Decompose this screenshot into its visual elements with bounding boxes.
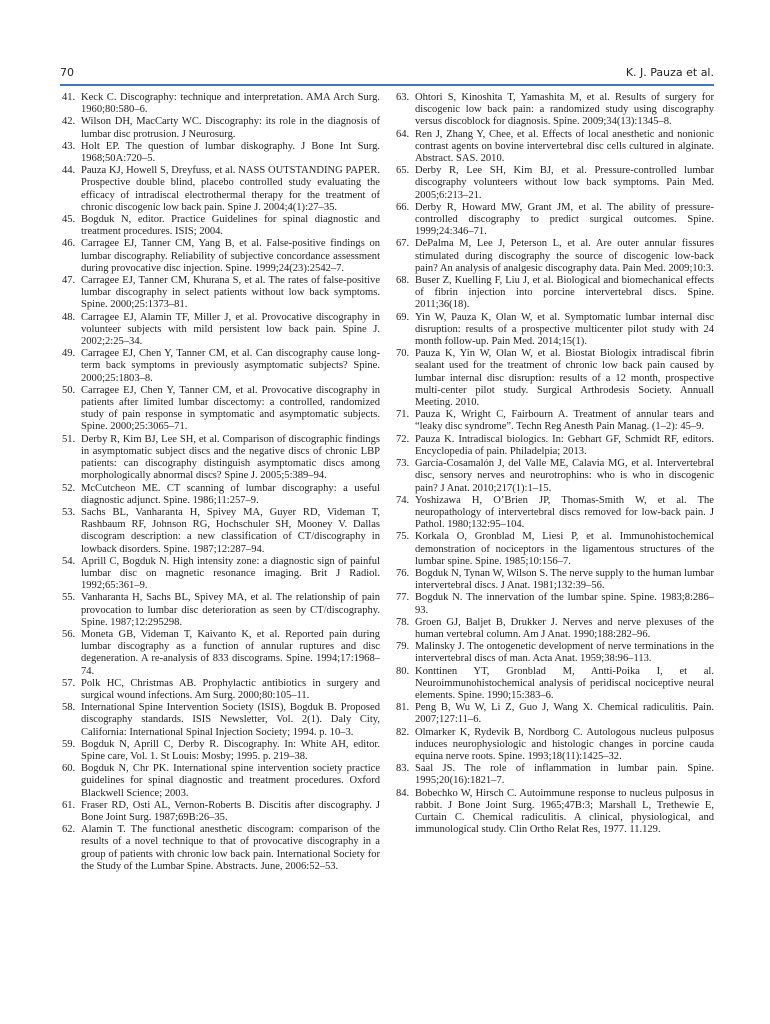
reference-text: Malinsky J. The ontogenetic development …: [415, 641, 714, 664]
reference-number: 52.: [62, 483, 75, 495]
reference-text: Buser Z, Kuelling F, Liu J, et al. Biolo…: [415, 275, 714, 310]
reference-number: 78.: [396, 617, 409, 629]
reference-number: 65.: [396, 165, 409, 177]
reference-item: 72.Pauza K. Intradiscal biologics. In: G…: [396, 434, 714, 458]
reference-text: Yoshizawa H, O’Brien JP, Thomas-Smith W,…: [415, 495, 714, 530]
reference-number: 71.: [396, 409, 409, 421]
reference-number: 42.: [62, 116, 75, 128]
reference-text: DePalma M, Lee J, Peterson L, et al. Are…: [415, 238, 714, 273]
reference-text: Bobechko W, Hirsch C. Autoimmune respons…: [415, 788, 714, 836]
reference-number: 80.: [396, 666, 409, 678]
reference-item: 53.Sachs BL, Vanharanta H, Spivey MA, Gu…: [62, 507, 380, 556]
reference-text: Carragee EJ, Tanner CM, Khurana S, et al…: [81, 275, 380, 310]
reference-text: Carragee EJ, Tanner CM, Yang B, et al. F…: [81, 238, 380, 273]
reference-text: Holt EP. The question of lumbar diskogra…: [81, 141, 380, 164]
reference-number: 84.: [396, 788, 409, 800]
reference-text: Pauza KJ, Howell S, Dreyfuss, et al. NAS…: [81, 165, 380, 213]
reference-number: 70.: [396, 348, 409, 360]
reference-number: 68.: [396, 275, 409, 287]
reference-text: Olmarker K, Rydevik B, Nordborg C. Autol…: [415, 727, 714, 762]
reference-text: Groen GJ, Baljet B, Drukker J. Nerves an…: [415, 617, 714, 640]
reference-item: 79.Malinsky J. The ontogenetic developme…: [396, 641, 714, 665]
reference-number: 81.: [396, 702, 409, 714]
reference-number: 55.: [62, 592, 75, 604]
reference-text: Derby R, Kim BJ, Lee SH, et al. Comparis…: [81, 434, 380, 482]
reference-text: Bogduk N, Tynan W, Wilson S. The nerve s…: [415, 568, 714, 591]
reference-item: 48.Carragee EJ, Alamin TF, Miller J, et …: [62, 312, 380, 349]
reference-number: 67.: [396, 238, 409, 250]
reference-text: Carragee EJ, Alamin TF, Miller J, et al.…: [81, 312, 380, 347]
header-rule: [60, 84, 714, 86]
reference-number: 58.: [62, 702, 75, 714]
reference-item: 78.Groen GJ, Baljet B, Drukker J. Nerves…: [396, 617, 714, 641]
reference-text: Pauza K, Wright C, Fairbourn A. Treatmen…: [415, 409, 714, 432]
reference-number: 49.: [62, 348, 75, 360]
reference-text: Korkala O, Gronblad M, Liesi P, et al. I…: [415, 531, 714, 566]
reference-number: 41.: [62, 92, 75, 104]
reference-item: 75.Korkala O, Gronblad M, Liesi P, et al…: [396, 531, 714, 568]
reference-number: 48.: [62, 312, 75, 324]
reference-item: 83.Saal JS. The role of inflammation in …: [396, 763, 714, 787]
reference-text: Yin W, Pauza K, Olan W, et al. Symptomat…: [415, 312, 714, 347]
reference-item: 74.Yoshizawa H, O’Brien JP, Thomas-Smith…: [396, 495, 714, 532]
reference-number: 44.: [62, 165, 75, 177]
reference-text: Vanharanta H, Sachs BL, Spivey MA, et al…: [81, 592, 380, 627]
reference-number: 54.: [62, 556, 75, 568]
reference-item: 62.Alamin T. The functional anesthetic d…: [62, 824, 380, 873]
reference-item: 49.Carragee EJ, Chen Y, Tanner CM, et al…: [62, 348, 380, 385]
reference-number: 56.: [62, 629, 75, 641]
reference-text: Bogduk N. The innervation of the lumbar …: [415, 592, 714, 615]
reference-number: 64.: [396, 129, 409, 141]
reference-item: 45.Bogduk N, editor. Practice Guidelines…: [62, 214, 380, 238]
reference-number: 57.: [62, 678, 75, 690]
reference-number: 62.: [62, 824, 75, 836]
reference-text: Derby R, Lee SH, Kim BJ, et al. Pressure…: [415, 165, 714, 200]
reference-number: 83.: [396, 763, 409, 775]
reference-item: 41.Keck C. Discography: technique and in…: [62, 92, 380, 116]
reference-number: 73.: [396, 458, 409, 470]
reference-number: 50.: [62, 385, 75, 397]
reference-item: 50.Carragee EJ, Chen Y, Tanner CM, et al…: [62, 385, 380, 434]
reference-item: 80.Konttinen YT, Gronblad M, Antti-Poika…: [396, 666, 714, 703]
running-head: K. J. Pauza et al.: [626, 66, 714, 79]
reference-item: 59.Bogduk N, Aprill C, Derby R. Discogra…: [62, 739, 380, 763]
reference-item: 82.Olmarker K, Rydevik B, Nordborg C. Au…: [396, 727, 714, 764]
reference-item: 47.Carragee EJ, Tanner CM, Khurana S, et…: [62, 275, 380, 312]
reference-text: Bogduk N, Chr PK. International spine in…: [81, 763, 380, 798]
reference-text: Peng B, Wu W, Li Z, Guo J, Wang X. Chemi…: [415, 702, 714, 725]
page-number: 70: [60, 66, 74, 79]
reference-text: Fraser RD, Osti AL, Vernon-Roberts B. Di…: [81, 800, 380, 823]
reference-number: 76.: [396, 568, 409, 580]
reference-text: Polk HC, Christmas AB. Prophylactic anti…: [81, 678, 380, 701]
reference-number: 53.: [62, 507, 75, 519]
reference-number: 60.: [62, 763, 75, 775]
reference-text: Sachs BL, Vanharanta H, Spivey MA, Guyer…: [81, 507, 380, 555]
reference-item: 67.DePalma M, Lee J, Peterson L, et al. …: [396, 238, 714, 275]
reference-text: Ohtori S, Kinoshita T, Yamashita M, et a…: [415, 92, 714, 127]
reference-number: 47.: [62, 275, 75, 287]
reference-item: 57.Polk HC, Christmas AB. Prophylactic a…: [62, 678, 380, 702]
reference-text: Derby R, Howard MW, Grant JM, et al. The…: [415, 202, 714, 237]
reference-text: Bogduk N, editor. Practice Guidelines fo…: [81, 214, 380, 237]
reference-item: 84.Bobechko W, Hirsch C. Autoimmune resp…: [396, 788, 714, 837]
reference-text: Pauza K. Intradiscal biologics. In: Gebh…: [415, 434, 714, 457]
reference-text: Moneta GB, Videman T, Kaivanto K, et al.…: [81, 629, 380, 677]
reference-number: 75.: [396, 531, 409, 543]
reference-item: 64.Ren J, Zhang Y, Chee, et al. Effects …: [396, 129, 714, 166]
reference-item: 56.Moneta GB, Videman T, Kaivanto K, et …: [62, 629, 380, 678]
reference-text: Alamin T. The functional anesthetic disc…: [81, 824, 380, 872]
reference-number: 72.: [396, 434, 409, 446]
reference-text: Aprill C, Bogduk N. High intensity zone:…: [81, 556, 380, 591]
reference-number: 43.: [62, 141, 75, 153]
reference-number: 61.: [62, 800, 75, 812]
reference-item: 81.Peng B, Wu W, Li Z, Guo J, Wang X. Ch…: [396, 702, 714, 726]
reference-item: 76.Bogduk N, Tynan W, Wilson S. The nerv…: [396, 568, 714, 592]
reference-text: International Spine Intervention Society…: [81, 702, 380, 737]
reference-item: 65.Derby R, Lee SH, Kim BJ, et al. Press…: [396, 165, 714, 202]
reference-item: 44.Pauza KJ, Howell S, Dreyfuss, et al. …: [62, 165, 380, 214]
reference-number: 51.: [62, 434, 75, 446]
reference-item: 42.Wilson DH, MacCarty WC. Discography: …: [62, 116, 380, 140]
reference-number: 45.: [62, 214, 75, 226]
reference-text: García-Cosamalón J, del Valle ME, Calavi…: [415, 458, 714, 493]
reference-number: 66.: [396, 202, 409, 214]
reference-item: 66.Derby R, Howard MW, Grant JM, et al. …: [396, 202, 714, 239]
reference-item: 46.Carragee EJ, Tanner CM, Yang B, et al…: [62, 238, 380, 275]
reference-number: 79.: [396, 641, 409, 653]
reference-item: 54.Aprill C, Bogduk N. High intensity zo…: [62, 556, 380, 593]
reference-item: 60.Bogduk N, Chr PK. International spine…: [62, 763, 380, 800]
reference-number: 77.: [396, 592, 409, 604]
reference-number: 74.: [396, 495, 409, 507]
reference-item: 73.García-Cosamalón J, del Valle ME, Cal…: [396, 458, 714, 495]
reference-item: 69.Yin W, Pauza K, Olan W, et al. Sympto…: [396, 312, 714, 349]
reference-item: 70.Pauza K, Yin W, Olan W, et al. Biosta…: [396, 348, 714, 409]
reference-number: 69.: [396, 312, 409, 324]
references-right-column: 63.Ohtori S, Kinoshita T, Yamashita M, e…: [396, 92, 714, 836]
reference-item: 77.Bogduk N. The innervation of the lumb…: [396, 592, 714, 616]
reference-item: 58.International Spine Intervention Soci…: [62, 702, 380, 739]
reference-text: Saal JS. The role of inflammation in lum…: [415, 763, 714, 786]
reference-item: 68.Buser Z, Kuelling F, Liu J, et al. Bi…: [396, 275, 714, 312]
reference-number: 63.: [396, 92, 409, 104]
reference-number: 46.: [62, 238, 75, 250]
reference-text: Pauza K, Yin W, Olan W, et al. Biostat B…: [415, 348, 714, 408]
reference-item: 51.Derby R, Kim BJ, Lee SH, et al. Compa…: [62, 434, 380, 483]
reference-number: 82.: [396, 727, 409, 739]
reference-item: 55.Vanharanta H, Sachs BL, Spivey MA, et…: [62, 592, 380, 629]
reference-text: Carragee EJ, Chen Y, Tanner CM, et al. P…: [81, 385, 380, 433]
reference-item: 71.Pauza K, Wright C, Fairbourn A. Treat…: [396, 409, 714, 433]
reference-text: McCutcheon ME. CT scanning of lumbar dis…: [81, 483, 380, 506]
reference-item: 52.McCutcheon ME. CT scanning of lumbar …: [62, 483, 380, 507]
reference-text: Wilson DH, MacCarty WC. Discography: its…: [81, 116, 380, 139]
reference-item: 43.Holt EP. The question of lumbar disko…: [62, 141, 380, 165]
reference-number: 59.: [62, 739, 75, 751]
reference-text: Carragee EJ, Chen Y, Tanner CM, et al. C…: [81, 348, 380, 383]
page-header: 70 K. J. Pauza et al.: [60, 64, 714, 82]
reference-text: Ren J, Zhang Y, Chee, et al. Effects of …: [415, 129, 714, 164]
reference-item: 61.Fraser RD, Osti AL, Vernon-Roberts B.…: [62, 800, 380, 824]
reference-text: Konttinen YT, Gronblad M, Antti-Poika I,…: [415, 666, 714, 701]
reference-item: 63.Ohtori S, Kinoshita T, Yamashita M, e…: [396, 92, 714, 129]
reference-text: Keck C. Discography: technique and inter…: [81, 92, 380, 115]
references-left-column: 41.Keck C. Discography: technique and in…: [62, 92, 380, 873]
reference-text: Bogduk N, Aprill C, Derby R. Discography…: [81, 739, 380, 762]
